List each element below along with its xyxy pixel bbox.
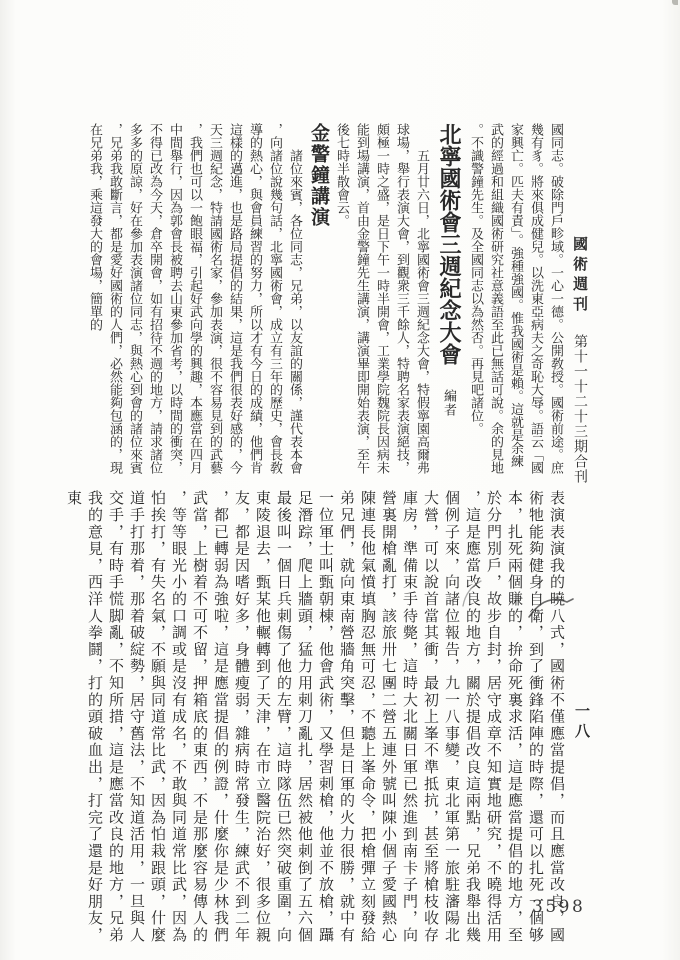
article-title-text: 北寧國術會三週紀念大會 [437, 123, 462, 365]
article-title: 北寧國術會三週紀念大會 編者 [432, 123, 466, 480]
upper-text-block: 國同志。破除門戶畛域。一心一德。公開敎授。國術前途。庶幾有豸。將來俱成健兒。以洗… [59, 123, 566, 480]
scanned-page: 國術週刊 第十一十二十三期合刊 一八 國同志。破除門戶畛域。一心一德。公開敎授。… [0, 0, 680, 960]
scan-edge-artifact [672, 0, 678, 5]
speech-paragraph-upper: 諸位來賓，各位同志，兄弟，以友誼的關係，謹代表本會，向諸位說幾句話，北寧國術會，… [85, 123, 305, 480]
speech-heading: 金警鐘講演 [305, 123, 332, 480]
journal-masthead: 國術週刊 第十一十二十三期合刊 [568, 236, 590, 484]
lower-text-block: 表演表演我的曉八式，國術不僅應當提倡，而且應當改良，國術牠能夠健身自衛，到了衝鋒… [59, 490, 566, 945]
article-byline: 編者 [432, 389, 466, 417]
page-number: 一八 [571, 703, 592, 743]
journal-title: 國術週刊 [571, 236, 587, 316]
speech-paragraph-lower: 表演表演我的曉八式，國術不僅應當提倡，而且應當改良，國術牠能夠健身自衛，到了衝鋒… [62, 490, 566, 945]
previous-article-ending: 國同志。破除門戶畛域。一心一德。公開敎授。國術前途。庶幾有豸。將來俱成健兒。以洗… [466, 123, 566, 480]
issue-number: 第十一十二十三期合刊 [568, 334, 590, 484]
archive-stamp-number: 3598 [532, 897, 585, 917]
event-report-paragraph: 五月廿六日，北寧國術會三週紀念大會，特假寧園高爾弗球場，舉行表演大會，到觀衆三千… [332, 123, 432, 480]
